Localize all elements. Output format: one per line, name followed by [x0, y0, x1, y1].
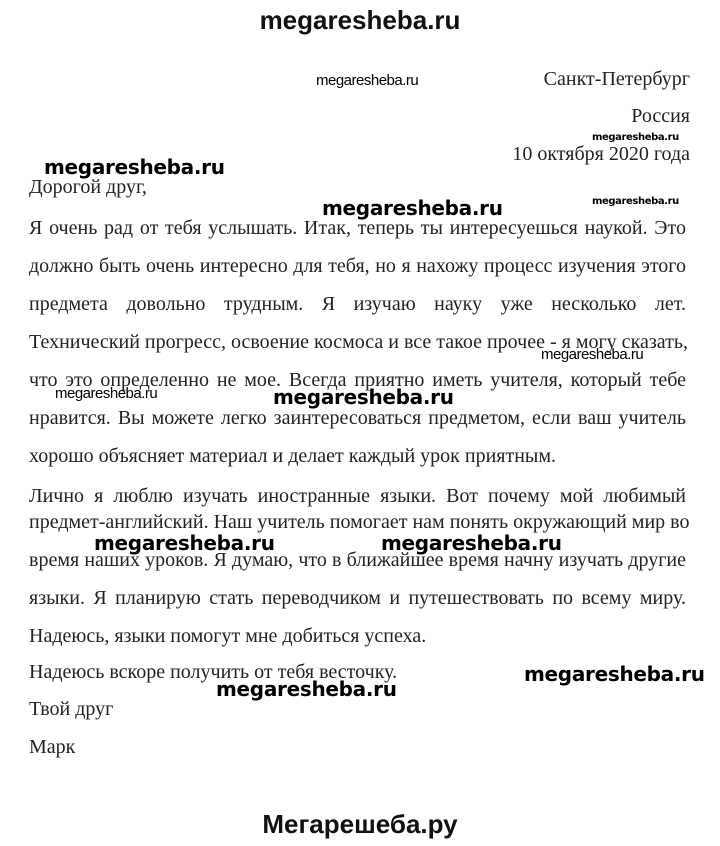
watermark: megaresheba.ru [273, 385, 454, 409]
address-country: Россия [631, 104, 690, 128]
letter-sign-off: Твой друг [29, 697, 113, 721]
paragraph-2-line: языки. Я планирую стать переводчиком и п… [29, 586, 686, 610]
watermark: megaresheba.ru [55, 385, 157, 403]
paragraph-1-line: предмета довольно трудным. Я изучаю наук… [29, 292, 686, 316]
paragraph-1-line: нравится. Вы можете легко заинтересовать… [29, 406, 686, 430]
paragraph-2-line: Надеюсь, языки помогут мне добиться успе… [29, 624, 426, 648]
paragraph-2-line: Лично я люблю изучать иностранные языки.… [29, 484, 686, 508]
letter-signature: Марк [29, 735, 75, 759]
watermark: megaresheba.ru [381, 531, 562, 555]
paragraph-1-line: хорошо объясняет материал и делает кажды… [29, 444, 556, 468]
letter-date: 10 октября 2020 года [512, 142, 690, 166]
watermark: megaresheba.ru [316, 72, 418, 90]
watermark: megaresheba.ru [216, 677, 397, 701]
watermark: megaresheba.ru [94, 531, 275, 555]
watermark: megaresheba.ru [592, 196, 679, 208]
site-header-title: megaresheba.ru [0, 0, 720, 40]
paragraph-1-line: должно быть очень интересно для тебя, но… [29, 254, 686, 278]
watermark: megaresheba.ru [524, 662, 705, 686]
watermark: megaresheba.ru [592, 132, 679, 144]
site-footer-title: Мегарешеба.ру [0, 808, 720, 840]
address-city: Санкт-Петербург [544, 67, 690, 91]
watermark: megaresheba.ru [322, 196, 503, 220]
watermark: megaresheba.ru [541, 346, 643, 364]
watermark: megaresheba.ru [44, 155, 225, 179]
